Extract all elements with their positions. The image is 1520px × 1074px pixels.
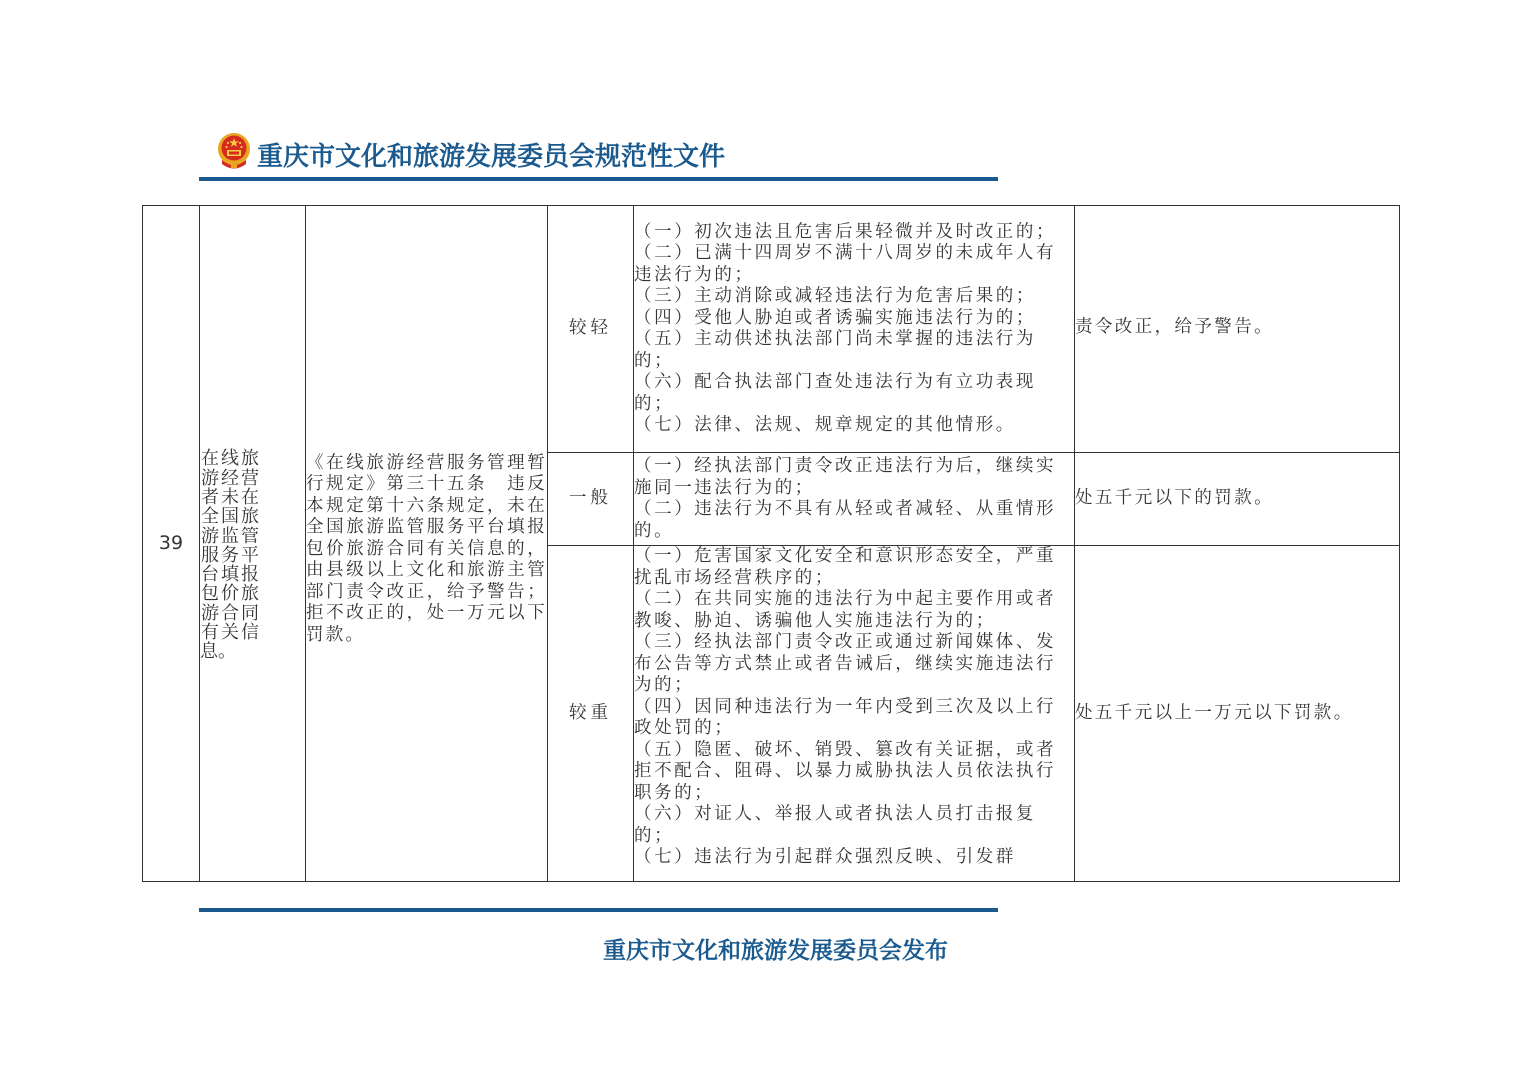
level-label: 较轻 <box>548 206 634 453</box>
level-label: 一般 <box>548 453 634 546</box>
violation-item-char: 包 <box>200 584 220 603</box>
penalty-text: 处五千元以下的罚款。 <box>1075 453 1400 546</box>
condition-item: （七）违法行为引起群众强烈反映、引发群 <box>634 847 1074 869</box>
violation-item-char: 监 <box>220 527 240 546</box>
violation-item-char: 旅 <box>240 449 260 468</box>
violation-item-char: 营 <box>240 469 260 488</box>
national-emblem-icon <box>216 132 252 172</box>
table-row: 39 在线旅游经营者未在全国旅游监管服务平台填报包价旅游合同有关信息。 《在线旅… <box>143 206 1400 453</box>
violation-item-char: 游 <box>200 527 220 546</box>
violation-item-char: 报 <box>240 565 260 584</box>
violation-item-char: 平 <box>240 546 260 565</box>
conditions-cell: （一）危害国家文化安全和意识形态安全，严重扰乱市场经营秩序的； （二）在共同实施… <box>634 546 1075 882</box>
condition-item: （一）初次违法且危害后果轻微并及时改正的； <box>634 222 1074 244</box>
legal-basis-text: 《在线旅游经营服务管理暂行规定》第三十五条 违反本规定第十六条规定，未在全国旅游… <box>306 453 547 647</box>
condition-item: （三）经执法部门责令改正或通过新闻媒体、发布公告等方式禁止或者告诫后，继续实施违… <box>634 632 1074 697</box>
penalty-text: 责令改正，给予警告。 <box>1075 206 1400 453</box>
violation-item-char: 务 <box>220 546 240 565</box>
condition-item: （四）因同种违法行为一年内受到三次及以上行政处罚的； <box>634 697 1074 740</box>
condition-item: （二）已满十四周岁不满十八周岁的未成年人有违法行为的； <box>634 243 1074 286</box>
violation-item-char: 价 <box>220 584 240 603</box>
document-header-title: 重庆市文化和旅游发展委员会规范性文件 <box>257 136 725 173</box>
violation-item-char: 全 <box>200 507 220 526</box>
violation-item-char: 者 <box>200 488 220 507</box>
violation-item-char: 有 <box>200 623 220 642</box>
violation-item-char: 在 <box>240 488 260 507</box>
row-number: 39 <box>143 206 200 882</box>
level-label: 较重 <box>548 546 634 882</box>
violation-item-char: 同 <box>240 604 260 623</box>
condition-item: （五）主动供述执法部门尚未掌握的违法行为的； <box>634 329 1074 372</box>
condition-item: （五）隐匿、破坏、销毁、篡改有关证据，或者拒不配合、阻碍、以暴力威胁执法人员依法… <box>634 740 1074 805</box>
violation-item-char: 服 <box>200 546 220 565</box>
violation-item-cell: 在线旅游经营者未在全国旅游监管服务平台填报包价旅游合同有关信息。 <box>200 206 306 882</box>
violation-item-char: 经 <box>220 469 240 488</box>
violation-item-char: 息。 <box>200 642 220 661</box>
violation-item-char: 管 <box>240 527 260 546</box>
penalty-discretion-table: 39 在线旅游经营者未在全国旅游监管服务平台填报包价旅游合同有关信息。 《在线旅… <box>142 205 1400 882</box>
penalty-text: 处五千元以上一万元以下罚款。 <box>1075 546 1400 882</box>
condition-item: （三）主动消除或减轻违法行为危害后果的； <box>634 286 1074 308</box>
violation-item-char: 国 <box>220 507 240 526</box>
violation-item-char: 旅 <box>240 584 260 603</box>
violation-item-char: 关 <box>220 623 240 642</box>
condition-item: （二）在共同实施的违法行为中起主要作用或者教唆、胁迫、诱骗他人实施违法行为的； <box>634 589 1074 632</box>
violation-item-char: 线 <box>220 449 240 468</box>
violation-item-char: 信 <box>240 623 260 642</box>
publisher-footer: 重庆市文化和旅游发展委员会发布 <box>603 932 948 965</box>
header-divider <box>199 177 998 181</box>
violation-item-char: 未 <box>220 488 240 507</box>
conditions-cell: （一）经执法部门责令改正违法行为后，继续实施同一违法行为的； （二）违法行为不具… <box>634 453 1075 546</box>
violation-item-char: 在 <box>200 449 220 468</box>
condition-item: （一）危害国家文化安全和意识形态安全，严重扰乱市场经营秩序的； <box>634 546 1074 589</box>
legal-basis-cell: 《在线旅游经营服务管理暂行规定》第三十五条 违反本规定第十六条规定，未在全国旅游… <box>306 206 548 882</box>
footer-divider <box>199 908 998 912</box>
condition-item: （四）受他人胁迫或者诱骗实施违法行为的； <box>634 308 1074 330</box>
condition-item: （七）法律、法规、规章规定的其他情形。 <box>634 415 1074 437</box>
condition-item: （一）经执法部门责令改正违法行为后，继续实施同一违法行为的； <box>634 456 1074 499</box>
violation-item-text: 在线旅游经营者未在全国旅游监管服务平台填报包价旅游合同有关信息。 <box>200 449 305 661</box>
condition-item: （六）对证人、举报人或者执法人员打击报复的； <box>634 804 1074 847</box>
document-header: 重庆市文化和旅游发展委员会规范性文件 <box>199 128 999 182</box>
violation-item-char: 游 <box>200 604 220 623</box>
condition-item: （六）配合执法部门查处违法行为有立功表现的； <box>634 372 1074 415</box>
violation-item-char: 旅 <box>240 507 260 526</box>
condition-item: （二）违法行为不具有从轻或者减轻、从重情形的。 <box>634 499 1074 542</box>
violation-item-char: 台 <box>200 565 220 584</box>
violation-item-char: 游 <box>200 469 220 488</box>
conditions-cell: （一）初次违法且危害后果轻微并及时改正的； （二）已满十四周岁不满十八周岁的未成… <box>634 206 1075 453</box>
violation-item-char: 合 <box>220 604 240 623</box>
violation-item-char: 填 <box>220 565 240 584</box>
